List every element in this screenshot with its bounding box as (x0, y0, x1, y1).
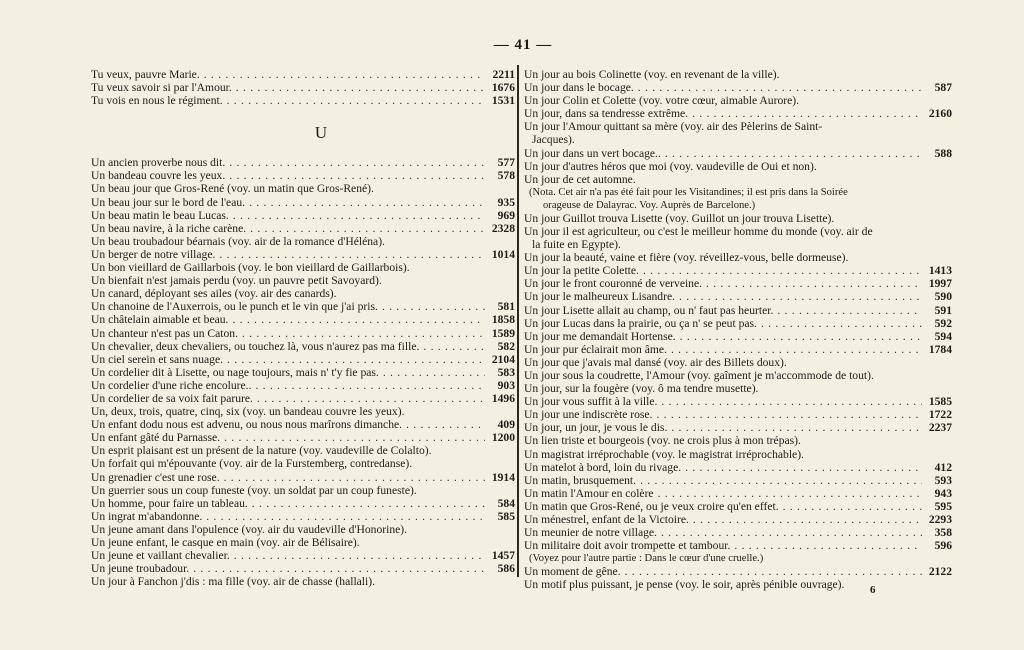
index-entry: Un matin l'Amour en colère943 (524, 487, 952, 500)
index-entry: Un, deux, trois, quatre, cinq, six (voy.… (91, 405, 515, 418)
entry-title: Un canard, déployant ses ailes (voy. air… (91, 287, 337, 300)
entry-number: 1589 (489, 327, 515, 340)
index-entry: Un jour à Fanchon j'dis : ma fille (voy.… (91, 575, 515, 588)
entry-number: 584 (489, 497, 515, 510)
entry-title: Un matin l'Amour en colère (524, 487, 654, 500)
entry-number: 595 (926, 500, 952, 513)
dot-leader (406, 418, 485, 431)
index-entry: Un jeune et vaillant chevalier.1457 (91, 549, 515, 562)
entry-title: Un ingrat m'abandonne. (91, 510, 202, 523)
index-entry: Un enfant gâté du Parnasse.1200 (91, 431, 515, 444)
left-main-entries: Un ancien proverbe nous dit.577Un bandea… (91, 156, 515, 588)
dot-leader (693, 513, 922, 526)
entry-title: Un esprit plaisant est un présent de la … (91, 444, 432, 457)
entry-title: Un jour dans le bocage. (524, 81, 634, 94)
index-entry: Un grenadier c'est une rose.1914 (91, 471, 515, 484)
entry-number: 585 (489, 510, 515, 523)
entry-title: Un jour il est agriculteur, ou c'est le … (524, 225, 873, 238)
left-column: Tu veux, pauvre Marie.2211Tu veux savoir… (91, 68, 515, 588)
entry-title: Un cordelier dit à Lisette, ou nage touj… (91, 366, 379, 379)
index-entry: Un matin, brusquement.593 (524, 474, 952, 487)
entry-number: 943 (926, 487, 952, 500)
entry-title: Un enfant dodu nous est advenu, ou nous … (91, 418, 402, 431)
entry-number: 2328 (489, 222, 515, 235)
dot-leader (233, 209, 485, 222)
entry-number: 583 (489, 366, 515, 379)
index-entry: Un jour dans le bocage.587 (524, 81, 952, 94)
index-entry: Un jour le malheureux Lisandre.590 (524, 290, 952, 303)
entry-continuation: Jacques). (524, 133, 952, 146)
entry-title: Un, deux, trois, quatre, cinq, six (voy.… (91, 405, 404, 418)
dot-leader (706, 277, 922, 290)
dot-leader (242, 327, 485, 340)
entry-title: Un matin que Gros-René, ou je veux croir… (524, 500, 779, 513)
entry-title: Tu veux, pauvre Marie. (91, 68, 200, 81)
entry-title: Un jour Lucas dans la prairie, ou ça n' … (524, 317, 757, 330)
page-number: — 41 — (0, 37, 1024, 54)
dot-leader (665, 147, 922, 160)
index-entry: Un jour pur éclairait mon âme.1784 (524, 343, 952, 356)
entry-number: 1413 (926, 264, 952, 277)
entry-title: Un bon vieillard de Gaillarbois (voy. le… (91, 261, 410, 274)
dot-leader (661, 526, 922, 539)
dot-leader (204, 68, 485, 81)
entry-title: Un grenadier c'est une rose. (91, 471, 220, 484)
dot-leader (252, 497, 485, 510)
index-entry: Un jour vous suffit à la ville.1585 (524, 395, 952, 408)
entry-title: Un homme, pour faire un tableau. (91, 497, 248, 510)
entry-number: 577 (489, 156, 515, 169)
entry-title: Un jour, un jour, je vous le dis. (524, 421, 667, 434)
dot-leader (671, 343, 922, 356)
entry-title: Un ancien proverbe nous dit. (91, 156, 225, 169)
index-entry: Un châtelain aimable et beau.1858 (91, 313, 515, 326)
entry-title: Un beau jour que Gros-René (voy. un mati… (91, 182, 374, 195)
entry-title: Un jour une indiscrète rose. (524, 408, 652, 421)
dot-leader (224, 471, 485, 484)
index-entry: Un enfant dodu nous est advenu, ou nous … (91, 418, 515, 431)
index-note: (Voyez pour l'autre partie : Dans le cœu… (524, 552, 952, 565)
entry-continuation: la fuite en Egypte). (524, 238, 952, 251)
dot-leader (680, 330, 922, 343)
dot-leader (206, 510, 485, 523)
index-entry: Un beau jour sur le bord de l'eau.935 (91, 196, 515, 209)
dot-leader (783, 500, 922, 513)
entry-number: 1457 (489, 549, 515, 562)
index-entry: Un jour Lucas dans la prairie, ou ça n' … (524, 317, 952, 330)
dot-leader (643, 264, 922, 277)
entry-number: 596 (926, 539, 952, 552)
right-column: Un jour au bois Colinette (voy. en reven… (519, 68, 952, 591)
entry-number: 935 (489, 196, 515, 209)
entry-title: Tu veux savoir si par l'Amour. (91, 81, 232, 94)
dot-leader (232, 313, 485, 326)
dot-leader (692, 107, 922, 120)
index-entry: Un beau navire, à la riche carène.2328 (91, 222, 515, 235)
dot-leader (229, 169, 485, 182)
index-entry: Un beau matin le beau Lucas.969 (91, 209, 515, 222)
entry-number: 412 (926, 461, 952, 474)
entry-title: Un jour de cet automne. (524, 173, 636, 186)
entry-title: Un jeune et vaillant chevalier. (91, 549, 230, 562)
index-entry: Un jeune troubadour.586 (91, 562, 515, 575)
index-entry: Un jour de cet automne. (524, 173, 952, 186)
section-letter: U (91, 121, 515, 145)
index-entry: Un bon vieillard de Gaillarbois (voy. le… (91, 261, 515, 274)
entry-number: 1914 (489, 471, 515, 484)
dot-leader (236, 81, 485, 94)
entry-title: Tu vois en nous le régiment. (91, 94, 223, 107)
index-entry: Tu veux, pauvre Marie.2211 (91, 68, 515, 81)
entry-number: 593 (926, 474, 952, 487)
entry-number: 1496 (489, 392, 515, 405)
entry-title: Un cordelier de sa voix fait parure. (91, 392, 253, 405)
dot-leader (658, 487, 922, 500)
entry-number: 2211 (489, 68, 515, 81)
dot-leader (638, 81, 922, 94)
index-entry: Un jour sous la coudrette, l'Amour (voy.… (524, 369, 952, 382)
entry-number: 2160 (926, 107, 952, 120)
left-top-entries: Tu veux, pauvre Marie.2211Tu veux savoir… (91, 68, 515, 107)
entry-number: 1722 (926, 408, 952, 421)
dot-leader (255, 379, 485, 392)
dot-leader (227, 94, 485, 107)
entry-title: Un matin, brusquement. (524, 474, 636, 487)
right-main-entries: Un jour au bois Colinette (voy. en reven… (524, 68, 952, 591)
entry-number: 409 (489, 418, 515, 431)
index-entry: Un guerrier sous un coup funeste (voy. u… (91, 484, 515, 497)
index-entry: Un homme, pour faire un tableau.584 (91, 497, 515, 510)
entry-title: Un berger de notre village. (91, 248, 215, 261)
entry-title: Un magistrat irréprochable (voy. le magi… (524, 448, 804, 461)
entry-title: Un guerrier sous un coup funeste (voy. u… (91, 484, 417, 497)
entry-title: Un jour la beauté, vaine et fière (voy. … (524, 251, 848, 264)
index-entry: Un jeune amant dans l'opulence (voy. air… (91, 523, 515, 536)
index-entry: Tu vois en nous le régiment.1531 (91, 94, 515, 107)
index-entry: Un chanteur n'est pas un Caton.1589 (91, 327, 515, 340)
index-entry: Un matin que Gros-René, ou je veux croir… (524, 500, 952, 513)
dot-leader (383, 366, 485, 379)
entry-title: Un jeune enfant, le casque en main (voy.… (91, 536, 360, 549)
dot-leader (679, 290, 922, 303)
index-entry: Un jour, dans sa tendresse extrême.2160 (524, 107, 952, 120)
entry-title: Un châtelain aimable et beau. (91, 313, 228, 326)
entry-title: Un beau troubadour béarnais (voy. air de… (91, 235, 385, 248)
dot-leader (734, 539, 922, 552)
entry-title: Un jour, dans sa tendresse extrême. (524, 107, 688, 120)
index-entry: Un bandeau couvre les yeux.578 (91, 169, 515, 182)
dot-leader (761, 317, 922, 330)
index-entry: Un jour, un jour, je vous le dis.2237 (524, 421, 952, 434)
entry-number: 969 (489, 209, 515, 222)
index-entry: Un jour Lisette allait au champ, ou n' f… (524, 304, 952, 317)
note-continuation: orageuse de Dalayrac. Voy. Auprès de Bar… (529, 199, 952, 212)
index-entry: Un canard, déployant ses ailes (voy. air… (91, 287, 515, 300)
index-note: (Nota. Cet air n'a pas été fait pour les… (524, 186, 952, 212)
index-entry: Un jour dans un vert bocage..588 (524, 147, 952, 160)
dot-leader (685, 461, 922, 474)
entry-title: Un jour sous la coudrette, l'Amour (voy.… (524, 369, 874, 382)
index-entry: Un lien triste et bourgeois (voy. ne cro… (524, 434, 952, 447)
entry-number: 1200 (489, 431, 515, 444)
entry-title: Un jeune troubadour. (91, 562, 189, 575)
index-entry: Un jour au bois Colinette (voy. en reven… (524, 68, 952, 81)
entry-title: Un jour à Fanchon j'dis : ma fille (voy.… (91, 575, 375, 588)
index-entry: Un jour que j'avais mal dansé (voy. air … (524, 356, 952, 369)
entry-title: Un bienfait n'est jamais perdu (voy. un … (91, 274, 382, 287)
index-entry: Un beau troubadour béarnais (voy. air de… (91, 235, 515, 248)
entry-number: 1531 (489, 94, 515, 107)
index-entry: Un jeune enfant, le casque en main (voy.… (91, 536, 515, 549)
entry-number: 2122 (926, 565, 952, 578)
entry-number: 578 (489, 169, 515, 182)
index-entry: Un cordelier de sa voix fait parure.1496 (91, 392, 515, 405)
index-entry: Un berger de notre village.1014 (91, 248, 515, 261)
entry-title: Un jour vous suffit à la ville. (524, 395, 657, 408)
index-entry: Un ingrat m'abandonne.585 (91, 510, 515, 523)
dot-leader (250, 222, 485, 235)
note-text: (Voyez pour l'autre partie : Dans le cœu… (529, 553, 763, 564)
entry-number: 2293 (926, 513, 952, 526)
index-entry: Un jour l'Amour quittant sa mère (voy. a… (524, 120, 952, 133)
entry-number: 588 (926, 147, 952, 160)
index-entry: Un jour une indiscrète rose.1722 (524, 408, 952, 421)
entry-number: 2237 (926, 421, 952, 434)
dot-leader (671, 421, 922, 434)
entry-title: Un jour le front couronné de verveine. (524, 277, 702, 290)
entry-number: 592 (926, 317, 952, 330)
note-text: (Nota. Cet air n'a pas été fait pour les… (529, 187, 848, 198)
index-entry: Un ancien proverbe nous dit.577 (91, 156, 515, 169)
index-entry: Un ciel serein et sans nuage.2104 (91, 353, 515, 366)
index-entry: Un moment de gêne.2122 (524, 565, 952, 578)
entry-title: Un jeune amant dans l'opulence (voy. air… (91, 523, 407, 536)
entry-title: Un beau matin le beau Lucas. (91, 209, 229, 222)
entry-title: Un cordelier d'une riche encolure.. (91, 379, 251, 392)
index-entry: Un jour me demandait Hortense.594 (524, 330, 952, 343)
dot-leader (229, 156, 485, 169)
entry-title: Un jour dans un vert bocage.. (524, 147, 661, 160)
entry-number: 1997 (926, 277, 952, 290)
entry-number: 358 (926, 526, 952, 539)
entry-title: Un jour Colin et Colette (voy. votre cœu… (524, 94, 799, 107)
dot-leader (257, 392, 485, 405)
index-entry: Un jour d'autres héros que moi (voy. vau… (524, 160, 952, 173)
dot-leader (193, 562, 485, 575)
dot-leader (423, 340, 485, 353)
entry-title: Un beau jour sur le bord de l'eau. (91, 196, 245, 209)
index-entry: Un forfait qui m'épouvante (voy. air de … (91, 457, 515, 470)
entry-title: Un jour Lisette allait au champ, ou n' f… (524, 304, 773, 317)
entry-title: Un chanteur n'est pas un Caton. (91, 327, 238, 340)
entry-title: Un jour me demandait Hortense. (524, 330, 676, 343)
entry-number: 1676 (489, 81, 515, 94)
index-entry: Un chanoine de l'Auxerrois, ou le punch … (91, 300, 515, 313)
index-entry: Un magistrat irréprochable (voy. le magi… (524, 448, 952, 461)
entry-title: Un lien triste et bourgeois (voy. ne cro… (524, 434, 801, 447)
entry-title: Un jour la petite Colette. (524, 264, 639, 277)
dot-leader (625, 565, 922, 578)
dot-leader (227, 353, 485, 366)
entry-number: 1585 (926, 395, 952, 408)
index-entry: Tu veux savoir si par l'Amour.1676 (91, 81, 515, 94)
index-entry: Un jour la beauté, vaine et fière (voy. … (524, 251, 952, 264)
entry-number: 1858 (489, 313, 515, 326)
index-entry: Un cordelier d'une riche encolure..903 (91, 379, 515, 392)
index-entry: Un bienfait n'est jamais perdu (voy. un … (91, 274, 515, 287)
entry-number: 590 (926, 290, 952, 303)
entry-title: Un jour d'autres héros que moi (voy. vau… (524, 160, 817, 173)
index-entry: Un beau jour que Gros-René (voy. un mati… (91, 182, 515, 195)
dot-leader (656, 408, 922, 421)
entry-title: Un jour au bois Colinette (voy. en reven… (524, 68, 780, 81)
index-entry: Un meunier de notre village.358 (524, 526, 952, 539)
entry-number: 1784 (926, 343, 952, 356)
signature-mark: 6 (870, 584, 876, 596)
entry-title: Un militaire doit avoir trompette et tam… (524, 539, 730, 552)
index-entry: Un jour le front couronné de verveine.19… (524, 277, 952, 290)
index-entry: Un jour, sur la fougère (voy. ô ma tendr… (524, 382, 952, 395)
dot-leader (777, 304, 922, 317)
entry-title: Un moment de gêne. (524, 565, 621, 578)
entry-title: Un jour que j'avais mal dansé (voy. air … (524, 356, 787, 369)
entry-title: Un jour pur éclairait mon âme. (524, 343, 667, 356)
entry-number: 903 (489, 379, 515, 392)
entry-title: Un jour l'Amour quittant sa mère (voy. a… (524, 120, 822, 133)
entry-title: Un jour le malheureux Lisandre. (524, 290, 675, 303)
entry-title: Un motif plus puissant, je pense (voy. l… (524, 578, 844, 591)
index-entry: Un jour il est agriculteur, ou c'est le … (524, 225, 952, 238)
index-entry: Un esprit plaisant est un présent de la … (91, 444, 515, 457)
index-entry: Un motif plus puissant, je pense (voy. l… (524, 578, 952, 591)
index-entry: Un ménestrel, enfant de la Victoire.2293 (524, 513, 952, 526)
entry-title: Un forfait qui m'épouvante (voy. air de … (91, 457, 412, 470)
entry-title: Un beau navire, à la riche carène. (91, 222, 246, 235)
dot-leader (234, 549, 485, 562)
entry-number: 582 (489, 340, 515, 353)
index-entry: Un militaire doit avoir trompette et tam… (524, 539, 952, 552)
entry-title: Un jour, sur la fougère (voy. ô ma tendr… (524, 382, 758, 395)
dot-leader (640, 474, 922, 487)
entry-number: 594 (926, 330, 952, 343)
entry-title: Un meunier de notre village. (524, 526, 657, 539)
index-entry: Un matelot à bord, loin du rivage.412 (524, 461, 952, 474)
entry-title: Un chanoine de l'Auxerrois, ou le punch … (91, 300, 378, 313)
dot-leader (382, 300, 485, 313)
dot-leader (219, 248, 485, 261)
index-entry: Un cordelier dit à Lisette, ou nage touj… (91, 366, 515, 379)
index-entry: Un chevalier, deux chevaliers, ou touche… (91, 340, 515, 353)
entry-number: 586 (489, 562, 515, 575)
entry-title: Un ménestrel, enfant de la Victoire. (524, 513, 689, 526)
entry-title: Un jour Guillot trouva Lisette (voy. Gui… (524, 212, 834, 225)
dot-leader (224, 431, 485, 444)
index-entry: Un jour la petite Colette.1413 (524, 264, 952, 277)
entry-title: Un chevalier, deux chevaliers, ou touche… (91, 340, 419, 353)
entry-number: 581 (489, 300, 515, 313)
dot-leader (661, 395, 922, 408)
entry-title: Un matelot à bord, loin du rivage. (524, 461, 681, 474)
entry-title: Un ciel serein et sans nuage. (91, 353, 223, 366)
entry-number: 591 (926, 304, 952, 317)
dot-leader (249, 196, 485, 209)
index-entry: Un jour Guillot trouva Lisette (voy. Gui… (524, 212, 952, 225)
entry-number: 587 (926, 81, 952, 94)
entry-number: 2104 (489, 353, 515, 366)
entry-title: Un enfant gâté du Parnasse. (91, 431, 220, 444)
entry-title: Un bandeau couvre les yeux. (91, 169, 225, 182)
index-entry: Un jour Colin et Colette (voy. votre cœu… (524, 94, 952, 107)
entry-number: 1014 (489, 248, 515, 261)
